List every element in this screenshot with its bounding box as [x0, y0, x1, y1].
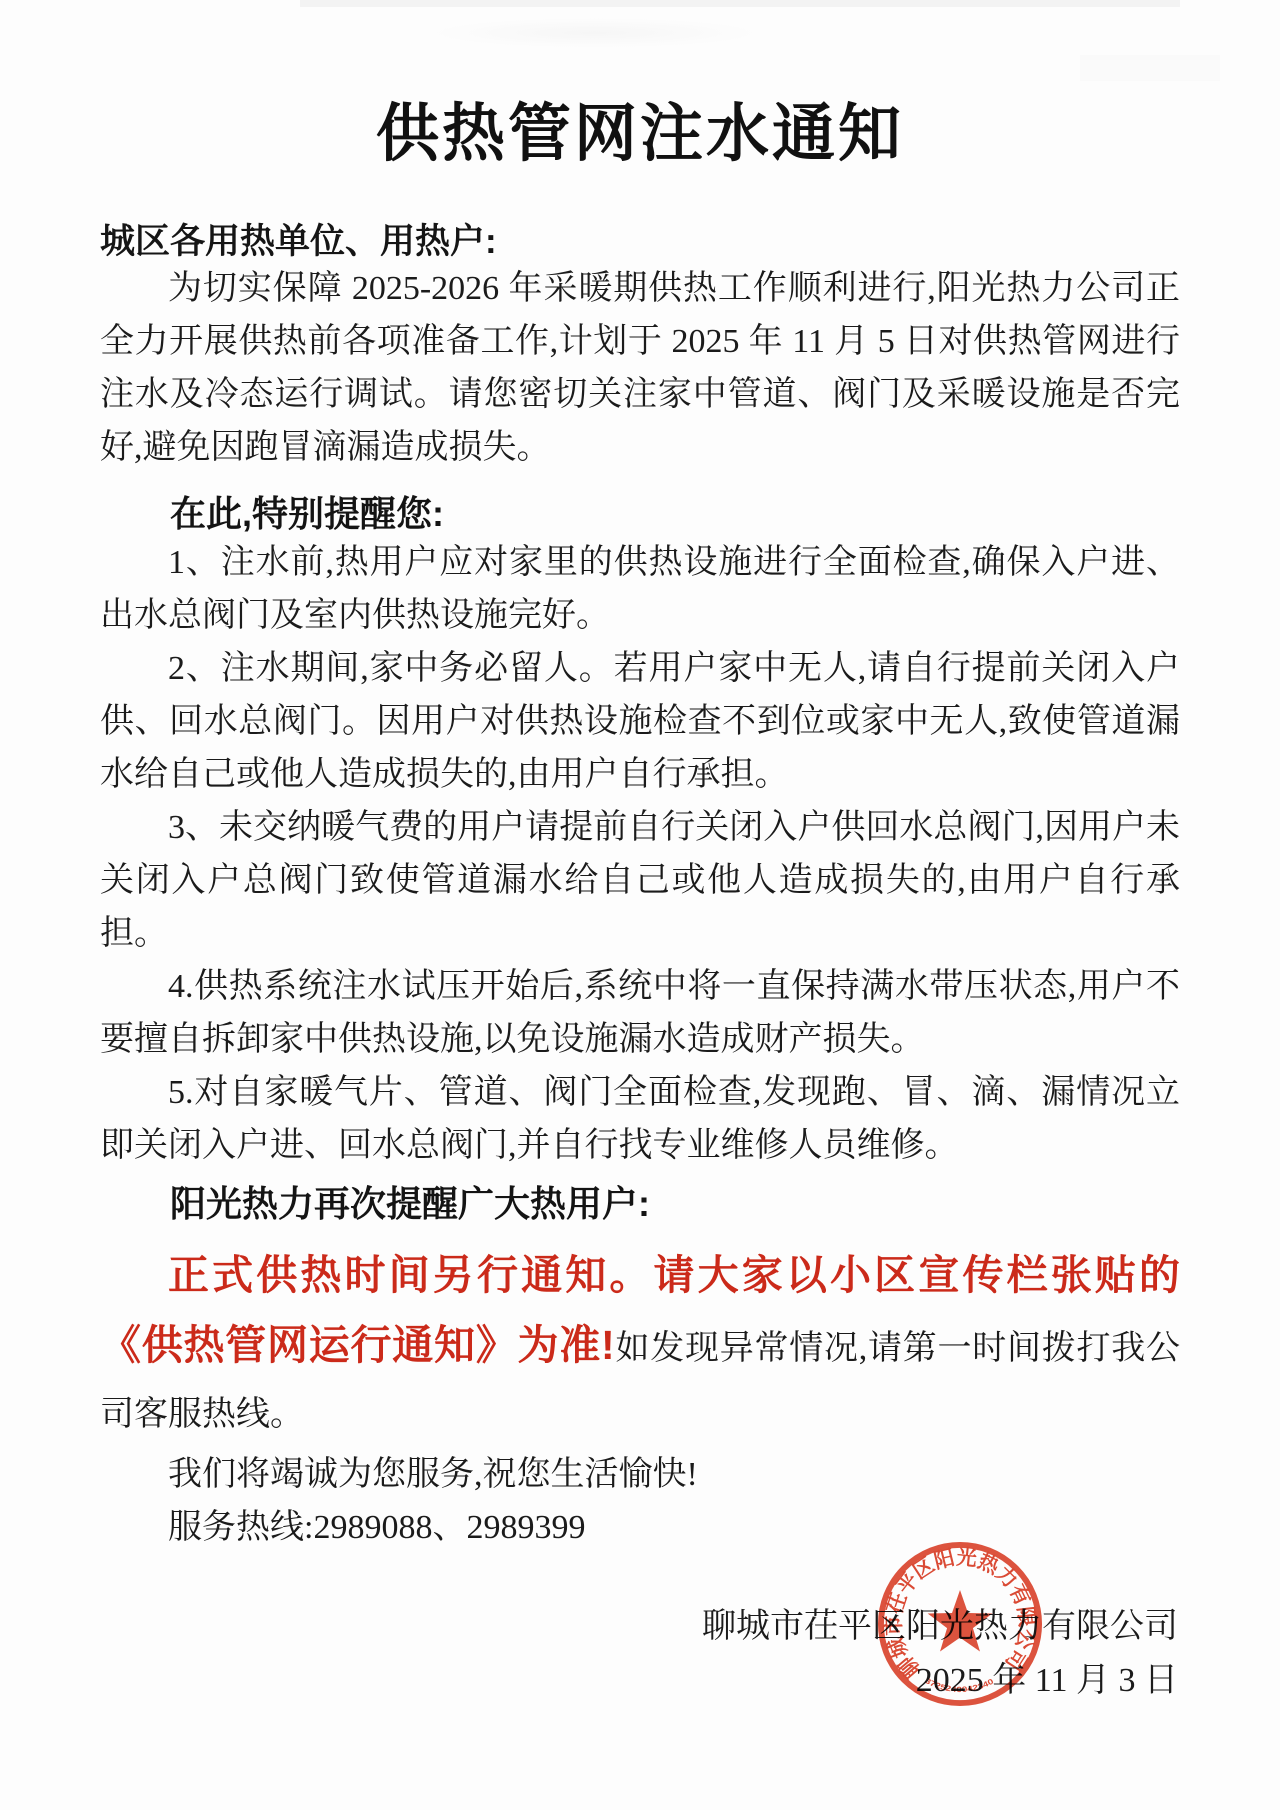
- notice-item-2: 2、注水期间,家中务必留人。若用户家中无人,请自行提前关闭入户供、回水总阀门。因…: [100, 642, 1180, 801]
- notice-item-3: 3、未交纳暖气费的用户请提前自行关闭入户供回水总阀门,因用户未关闭入户总阀门致使…: [100, 801, 1180, 960]
- reminder-heading: 在此,特别提醒您:: [100, 492, 1180, 536]
- page-title: 供热管网注水通知: [100, 88, 1180, 180]
- notice-body: 供热管网注水通知 城区各用热单位、用热户: 为切实保障 2025-2026 年采…: [0, 88, 1280, 1554]
- star-icon: [928, 1590, 993, 1652]
- scan-artifact: [1080, 55, 1220, 81]
- salutation: 城区各用热单位、用热户:: [100, 222, 1180, 262]
- second-reminder-heading: 阳光热力再次提醒广大热用户:: [100, 1182, 1180, 1226]
- closing-line: 我们将竭诚为您服务,祝您生活愉快!: [100, 1448, 1180, 1501]
- notice-item-4: 4.供热系统注水试压开始后,系统中将一直保持满水带压状态,用户不要擅自拆卸家中供…: [100, 960, 1180, 1066]
- scan-artifact: [300, 0, 1180, 7]
- company-seal-stamp: 聊城市茌平区阳光热力有限公司 3725240042340: [875, 1539, 1045, 1709]
- intro-paragraph: 为切实保障 2025-2026 年采暖期供热工作顺利进行,阳光热力公司正全力开展…: [100, 262, 1180, 474]
- stamp-serial-number: 3725240042340: [923, 1676, 995, 1694]
- scan-artifact: [430, 18, 760, 48]
- notice-document-page: 供热管网注水通知 城区各用热单位、用热户: 为切实保障 2025-2026 年采…: [0, 0, 1280, 1810]
- notice-item-1: 1、注水前,热用户应对家里的供热设施进行全面检查,确保入户进、出水总阀门及室内供…: [100, 536, 1180, 642]
- notice-item-5: 5.对自家暖气片、管道、阀门全面检查,发现跑、冒、滴、漏情况立即关闭入户进、回水…: [100, 1066, 1180, 1172]
- highlight-paragraph: 正式供热时间另行通知。请大家以小区宣传栏张贴的《供热管网运行通知》为准!如发现异…: [100, 1242, 1180, 1448]
